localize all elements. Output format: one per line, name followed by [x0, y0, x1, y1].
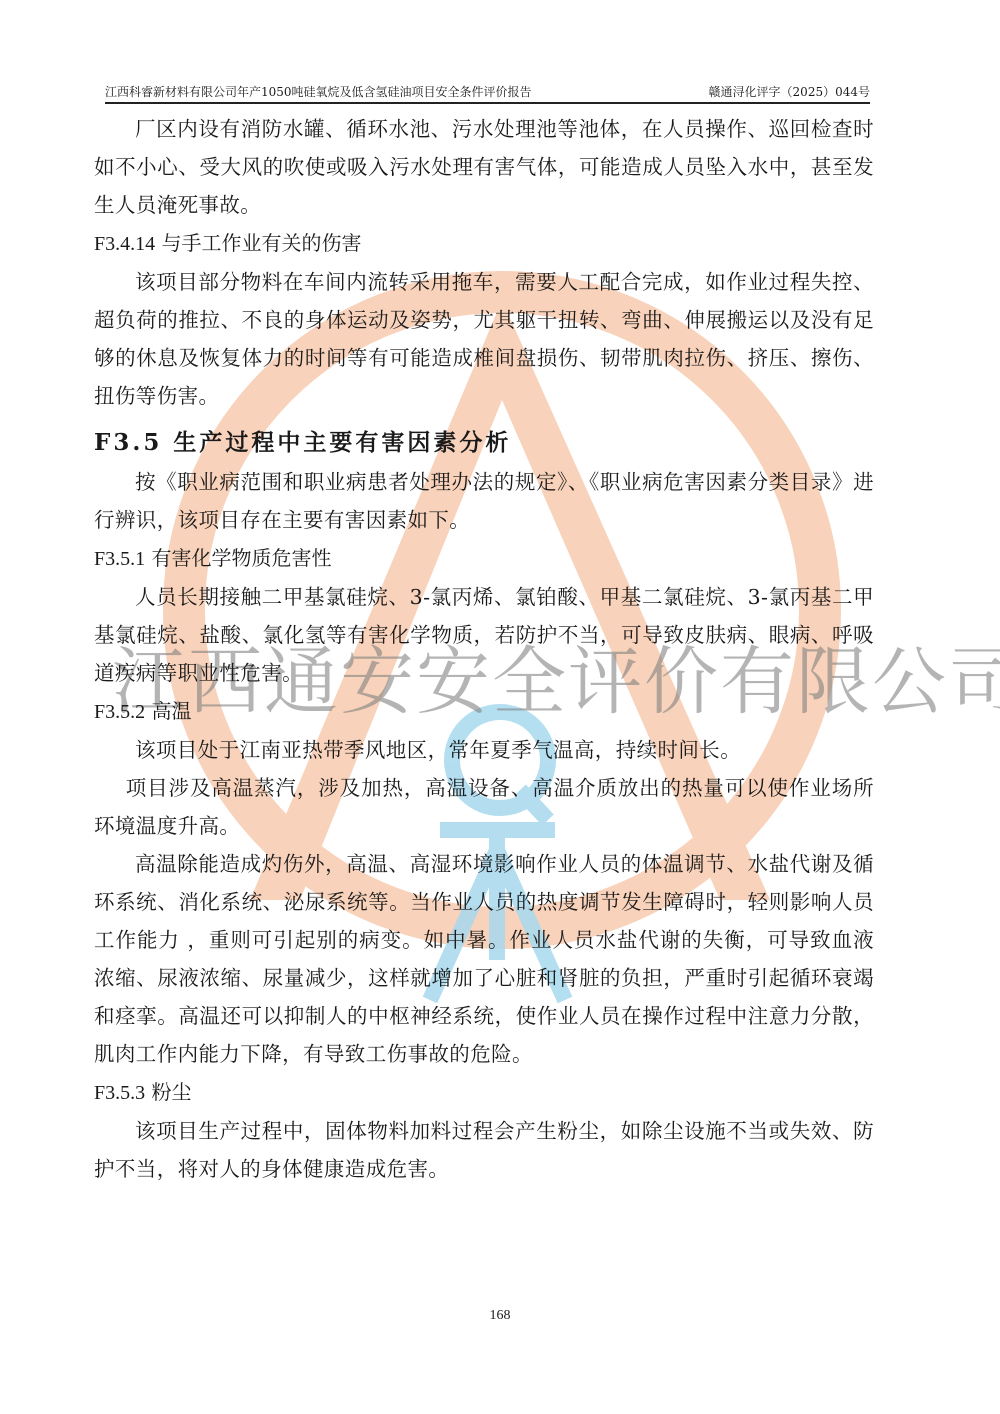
section-number: F3.5.1: [94, 548, 145, 570]
page-header: 江西科睿新材料有限公司年产1050吨硅氧烷及低含氢硅油项目安全条件评价报告 赣通…: [105, 84, 870, 104]
paragraph-high-temp-effects: 高温除能造成灼伤外，高温、高湿环境影响作业人员的体温调节、水盐代谢及循环系统、消…: [94, 845, 874, 1073]
section-heading-f3-4-14: F3.4.14 与手工作业有关的伤害: [94, 224, 874, 263]
header-report-number: 赣通浔化评字（2025）044号: [709, 84, 870, 102]
paragraph-chemical-hazard: 人员长期接触二甲基氯硅烷、3-氯丙烯、氯铂酸、甲基二氯硅烷、3-氯丙基二甲基氯硅…: [94, 578, 874, 692]
section-heading-f3-5: F3.5 生产过程中主要有害因素分析: [94, 423, 874, 463]
document-page: 江西科睿新材料有限公司年产1050吨硅氧烷及低含氢硅油项目安全条件评价报告 赣通…: [0, 0, 1000, 1414]
page-number: 168: [0, 1308, 1000, 1324]
document-body: 厂区内设有消防水罐、循环水池、污水处理池等池体，在人员操作、巡回检查时如不小心、…: [94, 110, 874, 1188]
section-number: F3.5.2: [94, 701, 145, 723]
section-heading-f3-5-1: F3.5.1 有害化学物质危害性: [94, 539, 874, 578]
section-number: F3.5.3: [94, 1082, 145, 1104]
paragraph-hazard-identification: 按《职业病范围和职业病患者处理办法的规定》、《职业病危害因素分类目录》进行辨识，…: [94, 463, 874, 539]
section-title: 与手工作业有关的伤害: [161, 231, 361, 255]
paragraph-dust-hazard: 该项目生产过程中，固体物料加料过程会产生粉尘，如除尘设施不当或失效、防护不当，将…: [94, 1112, 874, 1188]
section-heading-f3-5-3: F3.5.3 粉尘: [94, 1073, 874, 1112]
section-heading-f3-5-2: F3.5.2 高温: [94, 692, 874, 731]
section-title: 粉尘: [151, 1080, 191, 1104]
section-title: 高温: [151, 699, 191, 723]
paragraph-water-pool-hazard: 厂区内设有消防水罐、循环水池、污水处理池等池体，在人员操作、巡回检查时如不小心、…: [94, 110, 874, 224]
section-number: F3.4.14: [94, 233, 155, 255]
paragraph-climate: 该项目处于江南亚热带季风地区，常年夏季气温高，持续时间长。: [94, 731, 874, 769]
paragraph-high-temp-sources: 项目涉及高温蒸汽，涉及加热，高温设备、高温介质放出的热量可以使作业场所环境温度升…: [94, 769, 874, 845]
header-report-title: 江西科睿新材料有限公司年产1050吨硅氧烷及低含氢硅油项目安全条件评价报告: [105, 84, 532, 102]
paragraph-manual-work-injury: 该项目部分物料在车间内流转采用拖车，需要人工配合完成，如作业过程失控、超负荷的推…: [94, 263, 874, 415]
section-title: 有害化学物质危害性: [151, 546, 331, 570]
